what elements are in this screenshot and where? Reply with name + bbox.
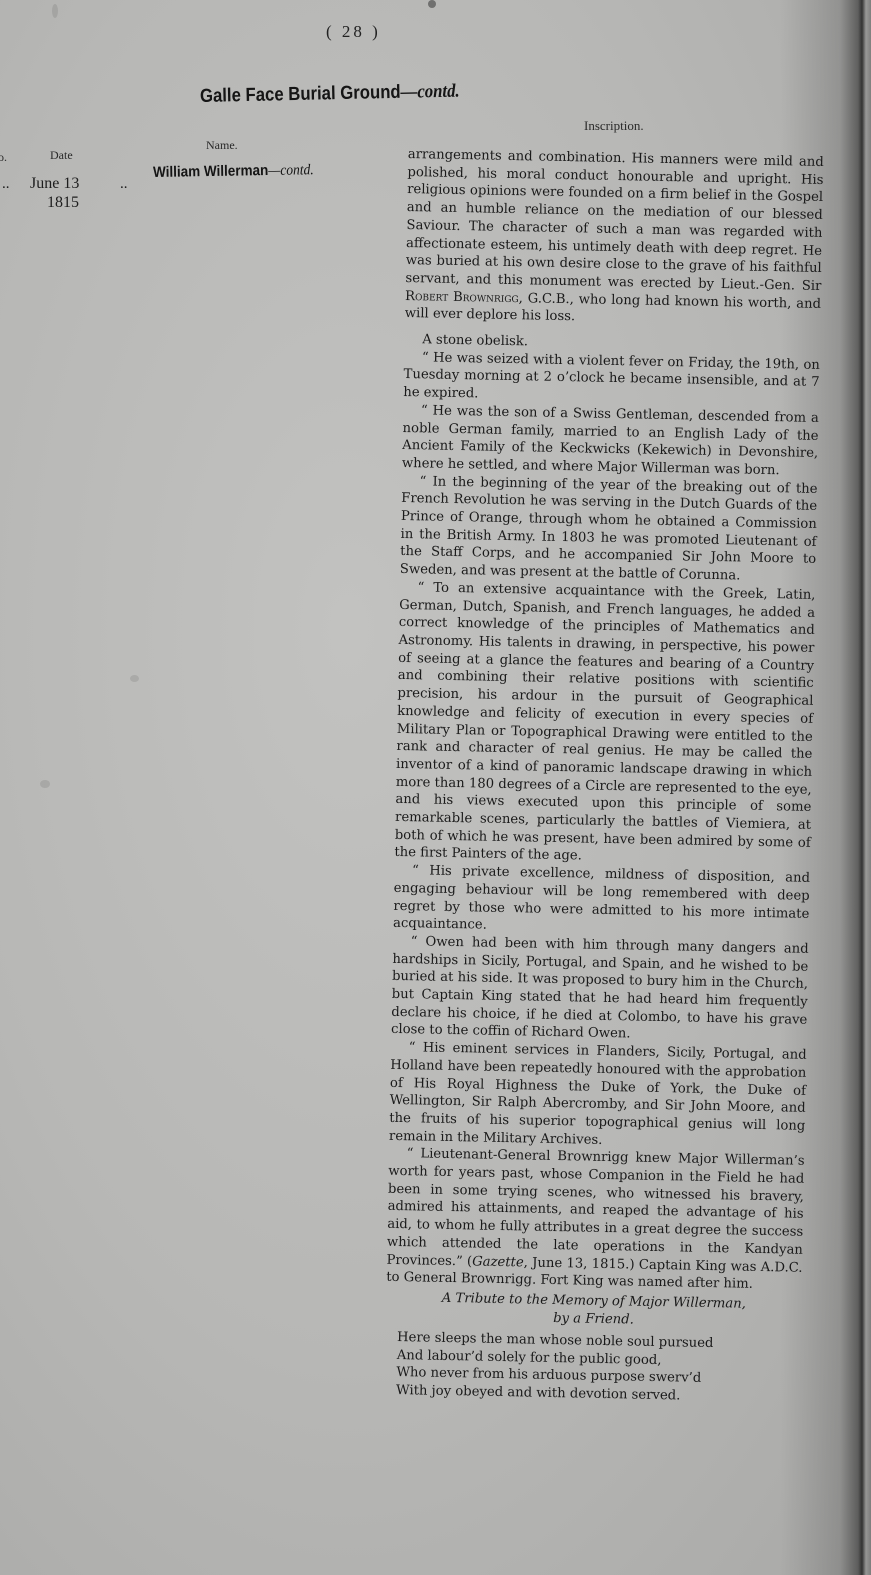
page-blemish (428, 0, 436, 8)
page-title-text: Galle Face Burial Ground (200, 82, 401, 107)
page-blemish (130, 675, 139, 682)
column-header-inscription: Inscription. (584, 118, 644, 134)
entry-name-contd: —contd. (268, 162, 314, 179)
inscription-paragraph: “ In the beginning of the year of the br… (400, 473, 818, 587)
entry-name: William Willerman—contd. (153, 161, 314, 182)
page-title-contd: —contd. (400, 81, 459, 103)
page-blemish (52, 4, 58, 18)
inscription-gazette-citation: Gazette (472, 1254, 524, 1270)
page-title: Galle Face Burial Ground—contd. (200, 81, 460, 108)
entry-date: June 13 1815 (30, 174, 79, 212)
entry-name-text: William Willerman (153, 162, 269, 181)
inscription-paragraph: “ To an extensive acquaintance with the … (394, 579, 815, 870)
inscription-paragraph: arrangements and combination. His manner… (405, 146, 824, 331)
inscription-paragraph: “ His private excellence, mildness of di… (393, 862, 810, 941)
inscription-column: arrangements and combination. His manner… (384, 146, 824, 1408)
scanned-page: ( 28 ) Galle Face Burial Ground—contd. o… (0, 0, 871, 1575)
inscription-text: “ Lieutenant-General Brownrigg knew Majo… (386, 1147, 804, 1269)
inscription-paragraph: “ His eminent services in Flanders, Sici… (389, 1039, 807, 1153)
entry-separator-dots: .. (120, 176, 128, 193)
page-blemish (40, 780, 50, 788)
inscription-paragraph: “ Owen had been with him through many da… (391, 933, 809, 1047)
inscription-name-smallcaps: Robert Brownrigg (405, 289, 519, 306)
column-header-date: Date (50, 148, 73, 163)
column-header-no: o. (0, 150, 7, 165)
column-header-name: Name. (206, 138, 238, 153)
inscription-paragraph: “ He was seized with a violent fever on … (403, 349, 820, 410)
tribute-poem: Here sleeps the man whose noble soul pur… (384, 1329, 801, 1408)
tribute-heading: A Tribute to the Memory of Major Willerm… (385, 1289, 802, 1333)
inscription-paragraph: “ He was the son of a Swiss Gentleman, d… (402, 402, 819, 481)
entry-date-year: 1815 (30, 193, 79, 212)
page-number: ( 28 ) (326, 22, 381, 42)
entry-leading-dots: .. (2, 176, 10, 193)
inscription-text: arrangements and combination. His manner… (405, 147, 824, 294)
inscription-paragraph: “ Lieutenant-General Brownrigg knew Majo… (386, 1145, 805, 1295)
entry-date-day: June 13 (30, 175, 79, 192)
